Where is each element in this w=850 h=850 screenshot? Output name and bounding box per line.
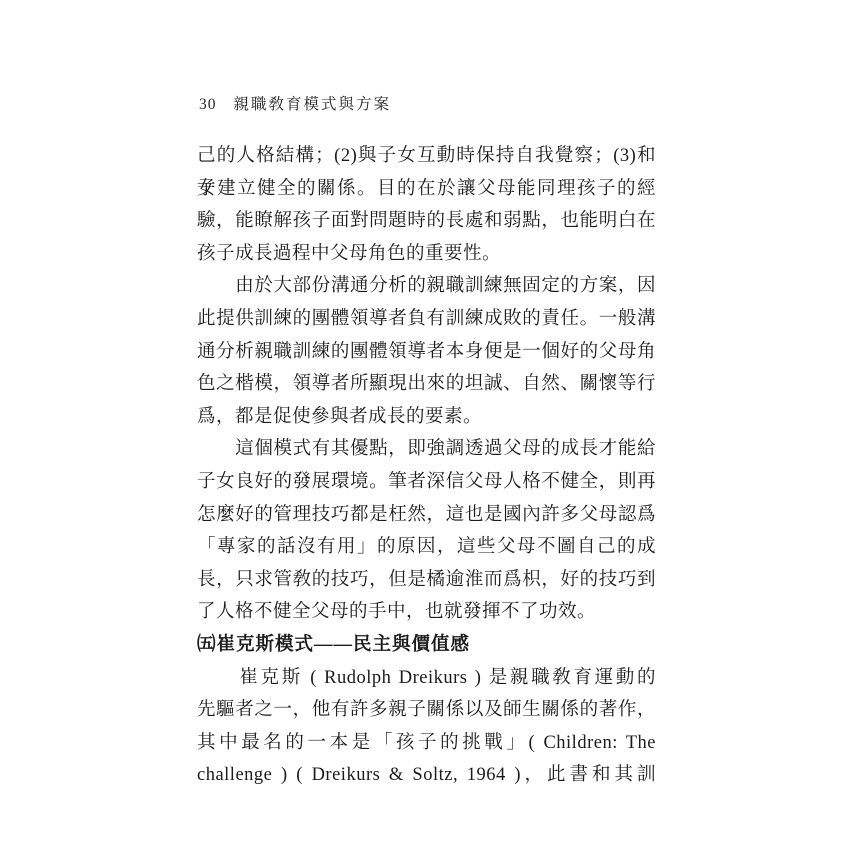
text-line: 這個模式有其優點，即強調透過父母的成長才能給 <box>197 433 656 466</box>
page-number: 30 <box>199 96 217 114</box>
text-line: 此提供訓練的團體領導者負有訓練成敗的責任。一般溝 <box>197 303 656 336</box>
running-head: 30親職敎育模式與方案 <box>199 92 391 114</box>
text-line: 通分析親職訓練的團體領導者本身便是一個好的父母角 <box>197 336 656 369</box>
running-head-title: 親職敎育模式與方案 <box>234 92 392 114</box>
book-page: 30親職敎育模式與方案 己的人格結構；(2)與子女互動時保持自我覺察；(3)和子… <box>0 0 850 850</box>
text-line: 「專家的話沒有用」的原因，這些父母不圖自己的成 <box>197 531 656 564</box>
text-line: 了人格不健全父母的手中，也就發揮不了功效。 <box>197 596 656 629</box>
text-line: 色之楷模，領導者所顯現出來的坦誠、自然、關懷等行 <box>197 368 656 401</box>
text-line: 由於大部份溝通分析的親職訓練無固定的方案，因 <box>197 270 656 303</box>
text-line: 其中最名的一本是「孩子的挑戰」( Children: The <box>197 727 656 760</box>
text-line: 子女良好的發展環境。筆者深信父母人格不健全，則再 <box>197 466 656 499</box>
text-line: 己的人格結構；(2)與子女互動時保持自我覺察；(3)和子 <box>197 140 656 173</box>
text-line: 驗，能瞭解孩子面對問題時的長處和弱點，也能明白在 <box>197 205 656 238</box>
text-line: 怎麼好的管理技巧都是枉然，這也是國內許多父母認爲 <box>197 499 656 532</box>
text-line: challenge ) ( Dreikurs & Soltz, 1964 )，此… <box>197 759 656 792</box>
text-line: 長，只求管敎的技巧，但是橘逾淮而爲枳，好的技巧到 <box>197 564 656 597</box>
body-text: 己的人格結構；(2)與子女互動時保持自我覺察；(3)和子女建立健全的關係。目的在… <box>197 140 656 792</box>
text-line: 爲，都是促使參與者成長的要素。 <box>197 401 656 434</box>
text-line: 孩子成長過程中父母角色的重要性。 <box>197 238 656 271</box>
text-line: 崔克斯 ( Rudolph Dreikurs ) 是親職敎育運動的 <box>197 662 656 695</box>
section-heading: ㈤崔克斯模式——民主與價值感 <box>197 629 656 662</box>
text-line: 先驅者之一，他有許多親子關係以及師生關係的著作， <box>197 694 656 727</box>
text-line: 女建立健全的關係。目的在於讓父母能同理孩子的經 <box>197 173 656 206</box>
